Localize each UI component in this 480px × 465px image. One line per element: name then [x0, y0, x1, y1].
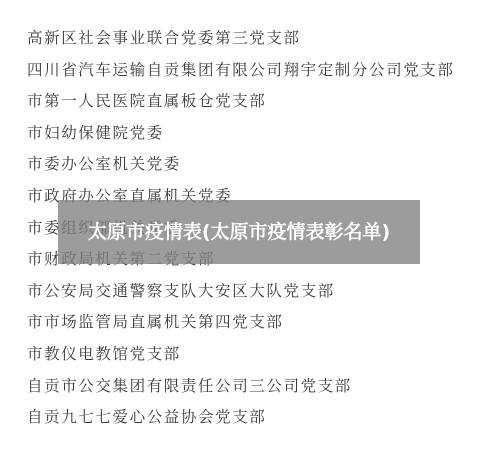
- list-item: 四川省汽车运输自贡集团有限公司翔宇定制分公司党支部: [27, 59, 455, 91]
- list-item: 高新区社会事业联合党委第三党支部: [27, 27, 455, 59]
- list-item: 市教仪电教馆党支部: [27, 343, 455, 375]
- list-item: 市委办公室机关党委: [27, 153, 455, 185]
- list-item: 自贡市公交集团有限责任公司三公司党支部: [27, 375, 455, 407]
- list-item: 市市场监管局直属机关第四党支部: [27, 311, 455, 343]
- overlay-title: 太原市疫情表(太原市疫情表彰名单): [74, 219, 404, 246]
- list-item: 市妇幼保健院党委: [27, 122, 455, 154]
- document-image: 高新区社会事业联合党委第三党支部 四川省汽车运输自贡集团有限公司翔宇定制分公司党…: [0, 0, 480, 465]
- list-item: 自贡九七七爱心公益协会党支部: [27, 406, 455, 438]
- title-overlay: 太原市疫情表(太原市疫情表彰名单): [58, 200, 420, 264]
- list-item: 市公安局交通警察支队大安区大队党支部: [27, 280, 455, 312]
- list-item: 市第一人民医院直属板仓党支部: [27, 90, 455, 122]
